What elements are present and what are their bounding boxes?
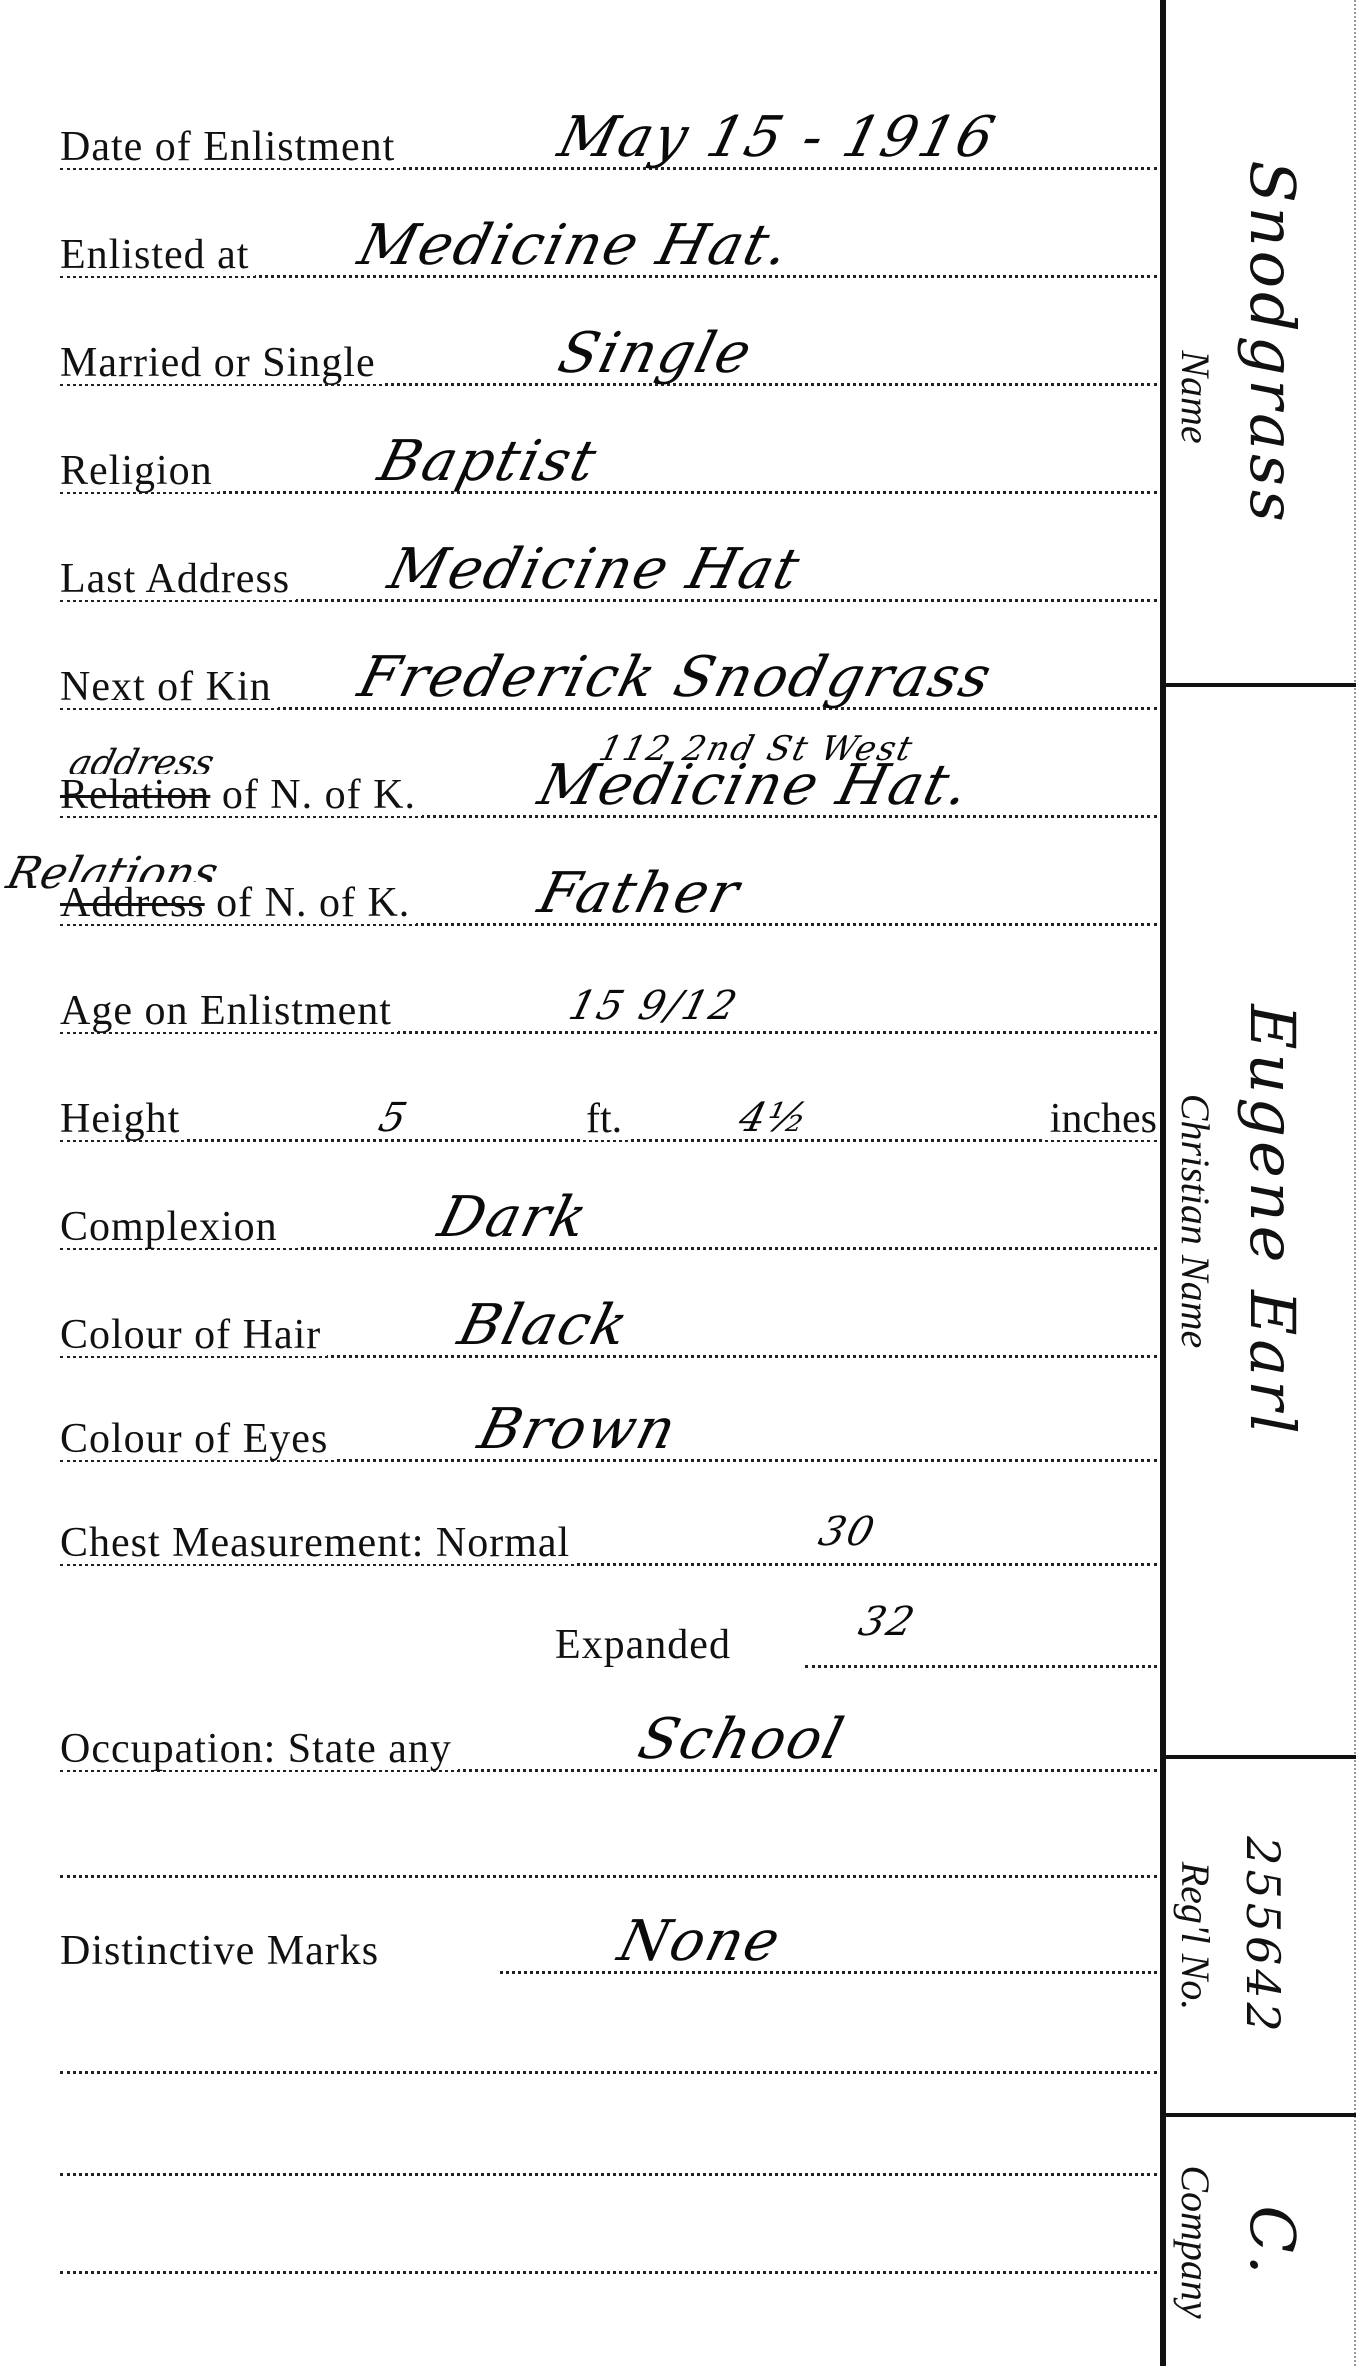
label-colour-of-hair: Colour of Hair	[60, 1314, 327, 1356]
row-colour-of-eyes: Colour of Eyes Brown	[60, 1402, 1157, 1462]
label-colour-of-eyes: Colour of Eyes	[60, 1418, 334, 1460]
value-religion[interactable]: Baptist	[373, 434, 603, 490]
value-height-inches[interactable]: 4½	[735, 1098, 813, 1138]
label-last-address: Last Address	[60, 558, 296, 600]
panel-name-value[interactable]: Snodgrass	[1236, 160, 1309, 525]
right-edge	[1354, 0, 1356, 2366]
label-complexion: Complexion	[60, 1206, 298, 1248]
row-colour-of-hair: Colour of Hair Black	[60, 1298, 1157, 1358]
row-blank-1	[60, 2014, 1157, 2074]
panel-company-value[interactable]: C.	[1236, 2205, 1309, 2278]
panel-company: Company C.	[1166, 2117, 1354, 2366]
row-distinctive-marks: Distinctive Marks None	[60, 1914, 1157, 1974]
dotted-line	[60, 2271, 1157, 2274]
dotted-line	[60, 1875, 1157, 1878]
value-address-of-nok[interactable]: Medicine Hat.	[533, 758, 976, 814]
panel-christian-name-value[interactable]: Eugene Earl	[1236, 1004, 1309, 1438]
value-chest-normal[interactable]: 30	[815, 1512, 880, 1552]
value-colour-of-eyes[interactable]: Brown	[473, 1402, 683, 1458]
row-date-of-enlistment: Date of Enlistment May 15 - 1916	[60, 110, 1157, 170]
row-complexion: Complexion Dark	[60, 1190, 1157, 1250]
row-religion: Religion Baptist	[60, 434, 1157, 494]
row-occupation: Occupation: State any School	[60, 1712, 1157, 1772]
label-occupation: Occupation: State any	[60, 1728, 458, 1770]
row-occupation-continued	[60, 1818, 1157, 1878]
row-age-on-enlistment: Age on Enlistment 15 9/12	[60, 974, 1157, 1034]
label-religion: Religion	[60, 450, 219, 492]
row-chest-expanded: Expanded 32	[60, 1608, 1157, 1668]
row-last-address: Last Address Medicine Hat	[60, 542, 1157, 602]
label-chest-expanded: Expanded	[555, 1624, 737, 1666]
label-age-on-enlistment: Age on Enlistment	[60, 990, 398, 1032]
row-relation-of-nok: Relations Address of N. of K. Father	[60, 866, 1157, 926]
label-enlisted-at: Enlisted at	[60, 234, 255, 276]
panel-name-label: Name	[1172, 351, 1219, 444]
value-colour-of-hair[interactable]: Black	[453, 1298, 635, 1354]
row-next-of-kin: Next of Kin Frederick Snodgrass	[60, 650, 1157, 710]
label-inches: inches	[1044, 1098, 1157, 1140]
label-relation-of-nok: Address of N. of K.	[60, 882, 416, 924]
row-blank-3	[60, 2214, 1157, 2274]
panel-name: Name Snodgrass	[1166, 0, 1354, 685]
attestation-form: Date of Enlistment May 15 - 1916 Enliste…	[0, 0, 1165, 2366]
panel-christian-name-label: Christian Name	[1172, 1094, 1219, 1348]
value-occupation[interactable]: School	[633, 1712, 850, 1768]
value-next-of-kin[interactable]: Frederick Snodgrass	[353, 650, 998, 706]
dotted-line	[60, 2071, 1157, 2074]
dotted-line	[500, 1971, 1157, 1974]
row-chest-normal: Chest Measurement: Normal 30	[60, 1506, 1157, 1566]
value-chest-expanded[interactable]: 32	[855, 1602, 920, 1642]
row-height: Height 5 ft. 4½ inches	[60, 1082, 1157, 1142]
dotted-line	[805, 1665, 1157, 1668]
label-married-or-single: Married or Single	[60, 342, 382, 384]
panel-regl-no: Reg'l No. 255642	[1166, 1759, 1354, 2113]
label-next-of-kin: Next of Kin	[60, 666, 278, 708]
label-of-nok: of N. of K.	[205, 880, 411, 926]
panel-regl-no-label: Reg'l No.	[1172, 1862, 1219, 2011]
dotted-line	[60, 2173, 1157, 2176]
value-relation-of-nok[interactable]: Father	[533, 866, 746, 922]
label-height: Height	[60, 1098, 186, 1140]
row-blank-2	[60, 2116, 1157, 2176]
label-date-of-enlistment: Date of Enlistment	[60, 126, 401, 168]
value-distinctive-marks[interactable]: None	[613, 1914, 787, 1970]
label-ft: ft.	[580, 1098, 628, 1140]
struck-relation: Relation	[60, 772, 210, 818]
value-married-or-single[interactable]: Single	[553, 326, 758, 382]
panel-company-label: Company	[1172, 2165, 1219, 2318]
dotted-line	[60, 491, 1157, 494]
struck-address: Address	[60, 880, 205, 926]
value-last-address[interactable]: Medicine Hat	[383, 542, 806, 598]
value-complexion[interactable]: Dark	[433, 1190, 594, 1246]
value-height-feet[interactable]: 5	[375, 1098, 412, 1138]
row-address-of-nok: address Relation of N. of K. 112 2nd St …	[60, 758, 1157, 818]
panel-regl-no-value[interactable]: 255642	[1236, 1836, 1290, 2036]
value-age-on-enlistment[interactable]: 15 9/12	[565, 986, 742, 1026]
label-of-nok: of N. of K.	[210, 772, 416, 818]
value-enlisted-at[interactable]: Medicine Hat.	[353, 218, 796, 274]
value-date-of-enlistment[interactable]: May 15 - 1916	[553, 110, 1001, 166]
label-chest-normal: Chest Measurement: Normal	[60, 1522, 576, 1564]
row-married-or-single: Married or Single Single	[60, 326, 1157, 386]
label-address-of-nok: Relation of N. of K.	[60, 774, 422, 816]
label-distinctive-marks: Distinctive Marks	[60, 1930, 385, 1972]
row-enlisted-at: Enlisted at Medicine Hat.	[60, 218, 1157, 278]
panel-christian-name: Christian Name Eugene Earl	[1166, 687, 1354, 1755]
